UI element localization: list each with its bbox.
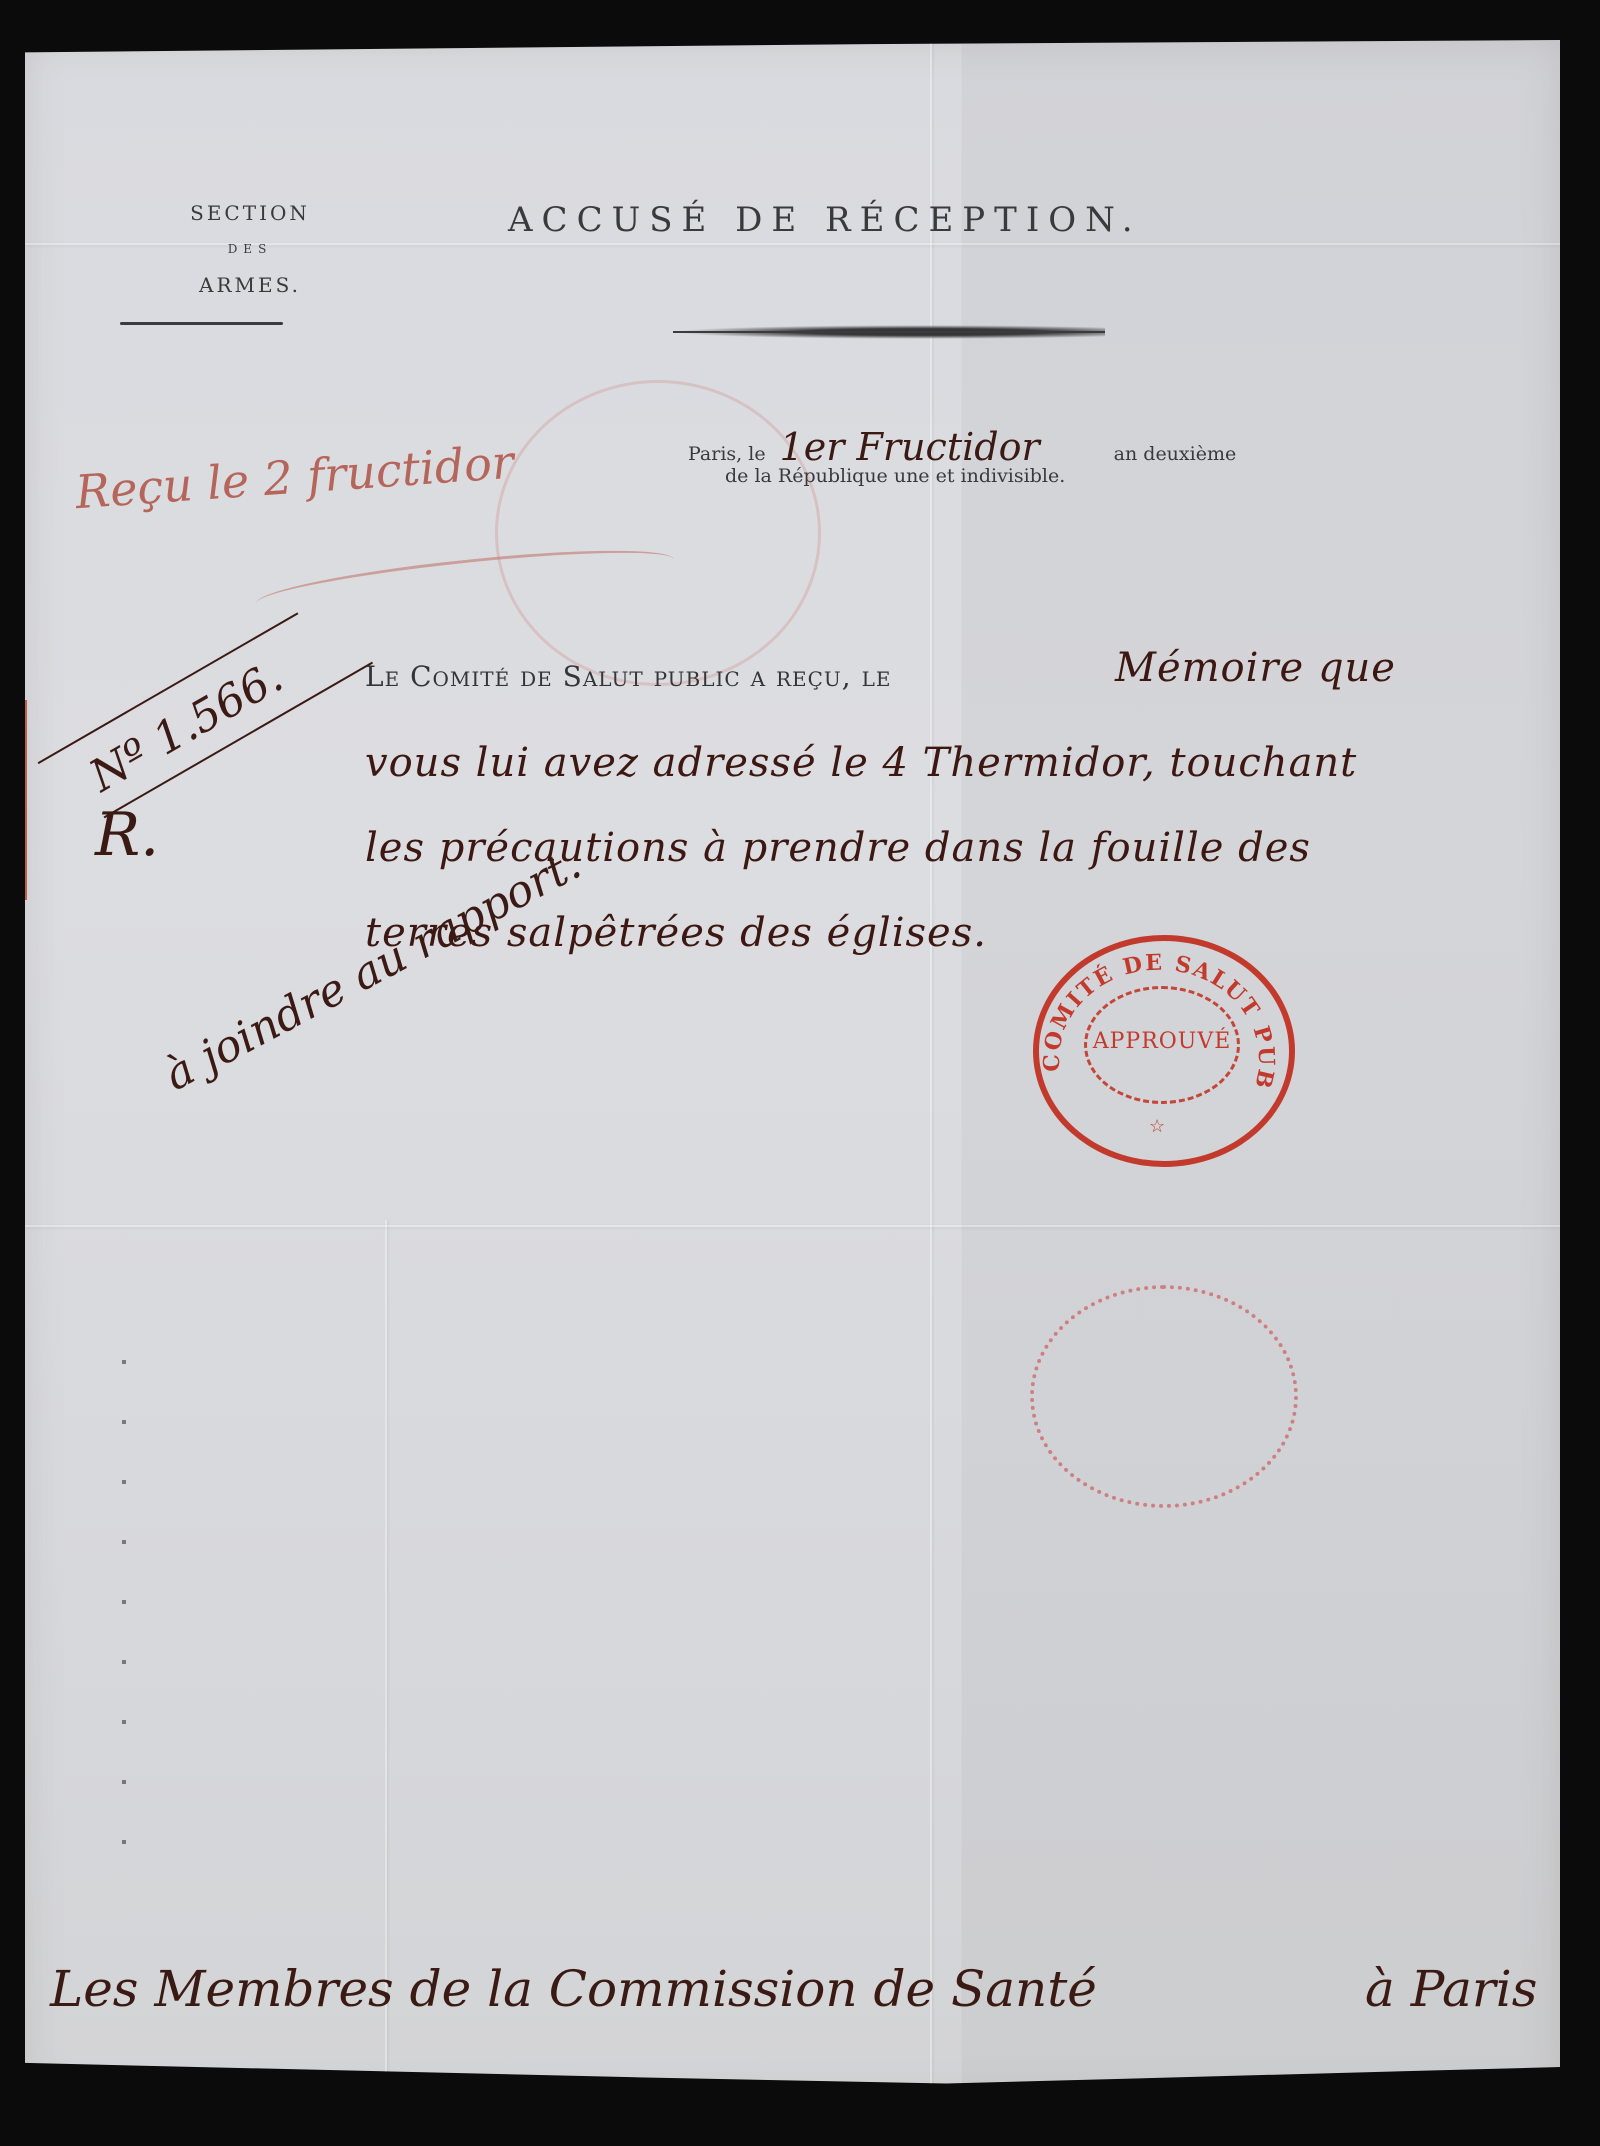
section-rule <box>120 322 283 325</box>
stamp-star-icon: ☆ <box>1149 1116 1165 1137</box>
date-prefix: Paris, le <box>688 443 766 465</box>
document-sheet: SECTION DES ARMES. ACCUSÉ DE RÉCEPTION. … <box>25 40 1560 2100</box>
section-label: SECTION DES ARMES. <box>175 195 325 303</box>
section-label-line2: DES <box>175 231 325 267</box>
initial-mark: R. <box>95 800 159 870</box>
title-ornament-rule <box>673 325 1105 339</box>
stamp-center-text: APPROUVÉ <box>1084 1029 1240 1054</box>
edge-stain <box>19 700 27 900</box>
body-printed-text: Le Comité de Salut public a reçu, le <box>365 660 891 693</box>
date-suffix: an deuxième <box>1114 443 1237 465</box>
body-hand-line-3: les précautions à prendre dans la fouill… <box>365 825 1311 871</box>
section-label-line1: SECTION <box>175 195 325 231</box>
body-printed-lead: Le Comité de Salut public a reçu, le <box>365 660 891 693</box>
handwritten-date: 1er Fructidor <box>780 425 1040 469</box>
horizontal-fold-middle <box>25 1225 1560 1227</box>
faded-dotted-stamp <box>1030 1285 1298 1508</box>
recipient-place: à Paris <box>1365 1960 1537 2018</box>
recipient-address: Les Membres de la Commission de Santé <box>50 1960 1097 2018</box>
stitch-holes <box>122 1360 126 1900</box>
approval-stamp: COMITÉ DE SALUT PUBLIC APPROUVÉ ☆ <box>1033 935 1295 1167</box>
body-hand-line-1: Mémoire que <box>1115 645 1396 691</box>
vertical-fold <box>930 40 932 2100</box>
date-line: Paris, le 1er Fructidor an deuxième <box>688 425 1236 469</box>
received-note: Reçu le 2 fructidor <box>74 435 516 519</box>
joined-note: à joindre au rapport. <box>156 838 589 1101</box>
document-title: ACCUSÉ DE RÉCEPTION. <box>508 200 1142 240</box>
register-number-box: Nº 1.566. <box>38 612 353 857</box>
date-line-2: de la République une et indivisible. <box>725 465 1065 487</box>
section-label-line3: ARMES. <box>175 267 325 303</box>
body-hand-line-2: vous lui avez adressé le 4 Thermidor, to… <box>365 740 1357 786</box>
